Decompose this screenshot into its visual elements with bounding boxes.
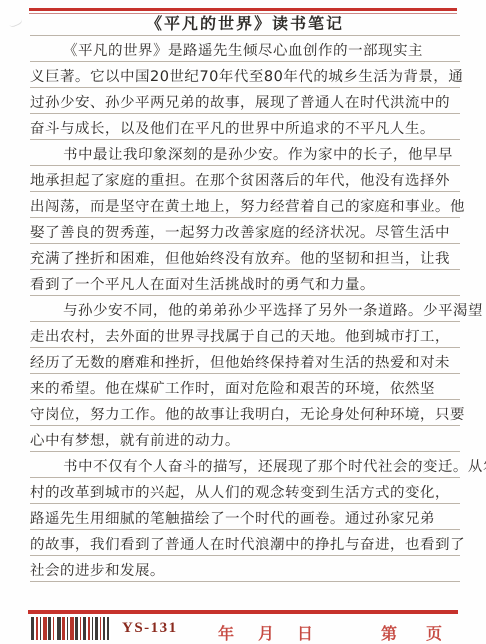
text-line: 村的改革到城市的兴起，从人们的观念转变到生活方式的变化， (30, 478, 461, 504)
text-line: 社会的进步和发展。 (30, 556, 461, 582)
text-line: 奋斗与成长，以及他们在平凡的世界中所追求的不平凡人生。 (30, 114, 461, 140)
essay-title: 《平凡的世界》读书笔记 (30, 10, 461, 36)
text-line: 书中不仅有个人奋斗的描写，还展现了那个时代社会的变迁。从农 (30, 452, 461, 478)
text-line: 过孙少安、孙少平两兄弟的故事，展现了普通人在时代洪流中的 (30, 88, 461, 114)
date-month-label: 月 (258, 621, 274, 644)
text-line: 的故事，我们看到了普通人在时代浪潮中的挣扎与奋进，也看到了 (30, 530, 461, 556)
text-line: 娶了善良的贺秀莲，一起努力改善家庭的经济状况。尽管生活中 (30, 218, 461, 244)
document-code: YS-131 (122, 620, 178, 637)
text-line: 与孙少安不同，他的弟弟孙少平选择了另外一条道路。少平渴望 (30, 296, 461, 322)
text-line: 出闯荡，而是坚守在黄土地上，努力经营着自己的家庭和事业。他 (30, 192, 461, 218)
text-line: 地承担起了家庭的重担。在那个贫困落后的年代，他没有选择外 (30, 166, 461, 192)
text-line: 心中有梦想，就有前进的动力。 (30, 426, 461, 452)
text-line: 书中最让我印象深刻的是孙少安。作为家中的长子，他早早 (30, 140, 461, 166)
date-year-label: 年 (218, 621, 234, 644)
ruled-writing-area: 《平凡的世界》读书笔记 《平凡的世界》是路遥先生倾尽心血创作的一部现实主 义巨著… (30, 10, 460, 584)
text-line: 路遥先生用细腻的笔触描绘了一个时代的画卷。通过孙家兄弟 (30, 504, 461, 530)
page-prefix-label: 第 (381, 621, 397, 644)
text-line: 守岗位，努力工作。他的故事让我明白，无论身处何种环境，只要 (30, 400, 461, 426)
text-line: 充满了挫折和困难，但他始终没有放弃。他的坚韧和担当，让我 (30, 244, 461, 270)
text-line: 《平凡的世界》是路遥先生倾尽心血创作的一部现实主 (30, 36, 461, 62)
text-line: 义巨著。它以中国20世纪70年代至80年代的城乡生活为背景，通 (30, 62, 461, 88)
date-day-label: 日 (297, 621, 313, 644)
pencil-smudge-mark (7, 14, 24, 29)
scanned-notebook-page: 《平凡的世界》读书笔记 《平凡的世界》是路遥先生倾尽心血创作的一部现实主 义巨著… (0, 0, 486, 644)
text-line: 经历了无数的磨难和挫折，但他始终保持着对生活的热爱和对未 (30, 348, 461, 374)
text-line: 来的希望。他在煤矿工作时，面对危险和艰苦的环境，依然坚 (30, 374, 461, 400)
text-line: 走出农村，去外面的世界寻找属于自己的天地。他到城市打工， (30, 322, 461, 348)
page-suffix-label: 页 (426, 621, 442, 644)
text-line: 看到了一个平凡人在面对生活挑战时的勇气和力量。 (30, 270, 461, 296)
footer-red-rule (28, 610, 458, 614)
barcode (31, 617, 111, 640)
